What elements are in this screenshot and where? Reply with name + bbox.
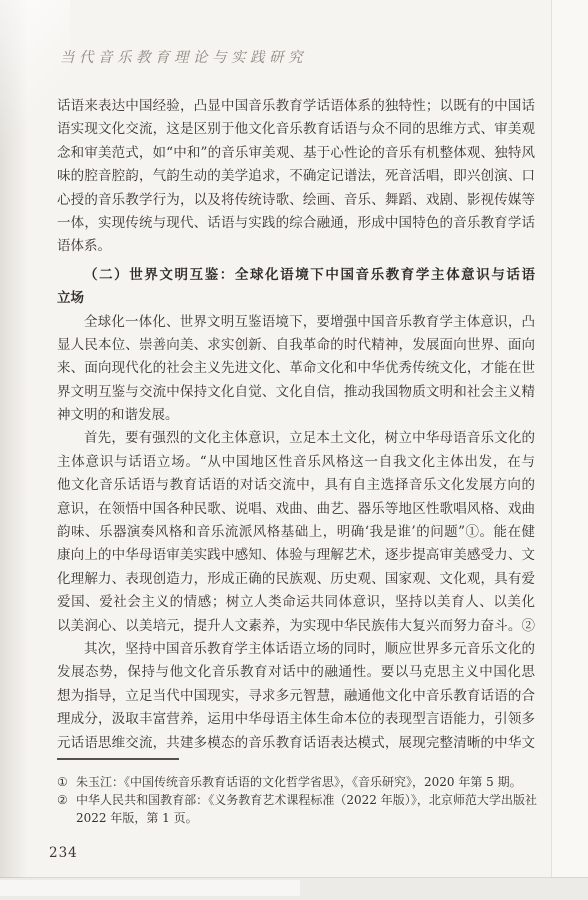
page-bottom-highlight xyxy=(0,880,300,896)
text-line: 发展态势，保持与他文化音乐教育对话中的融通性。要以马克思主义中国化思 xyxy=(57,661,535,684)
text-line: 康向上的中华母语审美实践中感知、体验与理解艺术，逐步提高审美感受力、文 xyxy=(57,544,535,567)
text-line: 全球化一体化、世界文明互鉴语境下，要增强中国音乐教育学主体意识，凸 xyxy=(57,311,535,334)
text-line: 化理解力、表现创造力，形成正确的民族观、历史观、国家观、文化观，具有爱党、 xyxy=(57,568,535,591)
footnotes: ①朱玉江：《中国传统音乐教育话语的文化哲学省思》，《音乐研究》，2020 年第 … xyxy=(57,773,537,827)
text-line: 他文化音乐话语与教育话语的对话交流中，具有自主选择音乐文化发展方向的 xyxy=(57,474,535,497)
text-line: 一体，实现传统与现代、话语与实践的综合融通，形成中国特色的音乐教育学话 xyxy=(57,212,535,235)
footnote-text: 朱玉江：《中国传统音乐教育话语的文化哲学省思》，《音乐研究》，2020 年第 5… xyxy=(76,773,537,791)
text-line: 来、面向现代化的社会主义先进文化、革命文化和中华优秀传统文化，才能在世 xyxy=(57,357,535,380)
body-text: 话语来表达中国经验，凸显中国音乐教育学话语体系的独特性；以既有的中国话语实现文化… xyxy=(57,95,535,755)
text-line: 理成分，汲取丰富营养，运用中华母语主体生命本位的表现型言语能力，引领多 xyxy=(57,708,535,731)
text-line: 韵味、乐器演奏风格和音乐流派风格基础上，明确‘我是谁’的问题”①。能在健 xyxy=(57,521,535,544)
footnote-marker: ② xyxy=(57,791,76,827)
footnote-divider xyxy=(57,758,179,760)
running-header: 当代音乐教育理论与实践研究 xyxy=(60,46,307,67)
section-heading-line: 立场 xyxy=(57,287,535,310)
footnote-item: ①朱玉江：《中国传统音乐教育话语的文化哲学省思》，《音乐研究》，2020 年第 … xyxy=(57,773,537,791)
text-line: 语体系。 xyxy=(57,235,535,258)
page-bottom-edge xyxy=(0,877,588,900)
footnote-item: ②中华人民共和国教育部：《义务教育艺术课程标准（2022 年版）》，北京师范大学… xyxy=(57,791,537,827)
section-heading-line: （二）世界文明互鉴：全球化语境下中国音乐教育学主体意识与话语 xyxy=(57,264,535,287)
text-line: 神文明的和谐发展。 xyxy=(57,404,535,427)
text-line: 爱国、爱社会主义的情感；树立人类命运共同体意识，坚持以美育人、以美化人、 xyxy=(57,591,535,614)
text-line: 其次，坚持中国音乐教育学主体话语立场的同时，顺应世界多元音乐文化的 xyxy=(57,638,535,661)
text-line: 话语来表达中国经验，凸显中国音乐教育学话语体系的独特性；以既有的中国话 xyxy=(57,95,535,118)
footnote-marker: ① xyxy=(57,773,76,791)
text-line: 味的腔音腔韵，气韵生动的美学追求，不确定记谱法，死音活唱，即兴创演、口传 xyxy=(57,165,535,188)
text-line: 元话语思维交流，共建多模态的音乐教育话语表达模式，展现完整清晰的中华文 xyxy=(57,732,535,755)
text-line: 以美润心、以美培元，提升人文素养，为实现中华民族伟大复兴而努力奋斗。② xyxy=(57,615,535,638)
text-line: 意识，在领悟中国各种民歌、说唱、戏曲、曲艺、器乐等地区性歌唱风格、戏曲表演 xyxy=(57,498,535,521)
text-line: 首先，要有强烈的文化主体意识，立足本土文化，树立中华母语音乐文化的 xyxy=(57,427,535,450)
text-line: 主体意识与话语立场。“从中国地区性音乐风格这一自我文化主体出发，在与 xyxy=(57,451,535,474)
page-right-edge xyxy=(551,0,588,878)
text-line: 语实现文化交流，这是区别于他文化音乐教育话语与众不同的思维方式、审美观 xyxy=(57,118,535,141)
page-left-shadow xyxy=(0,0,28,878)
footnote-text: 中华人民共和国教育部：《义务教育艺术课程标准（2022 年版）》，北京师范大学出… xyxy=(76,791,537,827)
text-line: 显人民本位、崇善向美、求实创新、自我革命的时代精神，发展面向世界、面向未 xyxy=(57,334,535,357)
book-page: 当代音乐教育理论与实践研究 话语来表达中国经验，凸显中国音乐教育学话语体系的独特… xyxy=(0,0,588,900)
page-number: 234 xyxy=(49,845,78,861)
text-line: 念和审美范式，如“中和”的音乐审美观、基于心性论的音乐有机整体观、独特风 xyxy=(57,142,535,165)
text-line: 想为指导，立足当代中国现实，寻求多元智慧，融通他文化中音乐教育话语的合 xyxy=(57,685,535,708)
text-line: 界文明互鉴与交流中保持文化自觉、文化自信，推动我国物质文明和社会主义精 xyxy=(57,381,535,404)
text-line: 心授的音乐教学行为，以及将传统诗歌、绘画、音乐、舞蹈、戏剧、影视传媒等融于 xyxy=(57,189,535,212)
